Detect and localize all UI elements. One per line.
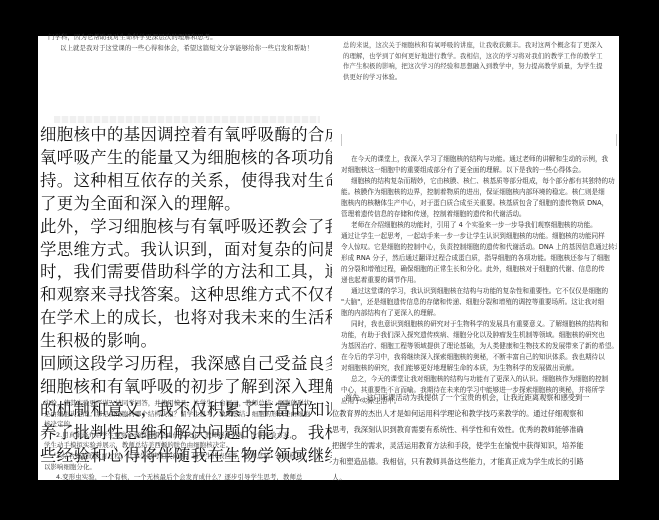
text-line: 此外，学习细胞核与有氧呼吸还教会了我一种科 [40, 216, 332, 239]
text-line: 和观察来寻找答案。这种思维方式不仅有助于我 [40, 284, 332, 307]
text-line: 人。 [332, 470, 618, 486]
text-line: 对细胞核的研究，我们能够更好地理解生命的本质，为生物科学的发展做出贡献。 [341, 363, 617, 374]
page-edge-mark [616, 134, 617, 146]
text-line: 时，我们需要借助科学的方法和工具，通过实验 [40, 261, 332, 284]
text-line: 老师在介绍细胞核的功能时，引用了 4 个实验来一步一步导我们观察细胞核的功能。 [341, 220, 617, 231]
text-line: 了更为全面和深入的理解。 [40, 193, 332, 216]
text-line: 生积极的影响。 [40, 330, 332, 353]
text-line: 思考，我深刻认识到教育需要有系统性、科学性和有效性。优秀的教师能够准确 [332, 422, 618, 438]
text-line: 令人惊叹。它是细胞的控制中心，负责控制细胞的遗传和代谢活动。DNA 上的基因信息… [341, 242, 617, 253]
text-line: 氧呼吸产生的能量又为细胞核的各项功能提供支 [40, 147, 332, 170]
text-line: 学生动手模拟实验并展示，教师总结美西螈的肤色由细胞核决定。 [44, 440, 332, 451]
text-line: 作产生积极的影响，把这次学习的经验和思想融入到教学中，努力提高教学质量，为学生提 [343, 61, 618, 72]
text-line: 对细胞核这一细胞中的重要组成部分有了更全面的理解。以下是我的一些心得体会。 [341, 165, 617, 176]
text-line: 实验，使其实验更严谨？请同学回答，并使用模具，让学生上台展示，教师总结：细胞的形… [44, 398, 332, 409]
text-line: 持。这种相互依存的关系，使得我对生命过程有 [40, 170, 332, 193]
text-line: 管理着遗传信息的存储和传递，控制着细胞的遗传和代谢活动。 [341, 209, 617, 220]
paragraph-line: 以上就是我对于这堂课的一些心得和体会，希望这篇短文分享能够给你一些启发和帮助！ [48, 43, 332, 54]
text-line: 位教育界的杰出人才是如何运用科学理论和教学技巧来教学的。通过仔细观察和 [332, 406, 618, 422]
text-line: 通过这堂课的学习，我认识到细胞核在结构与功能的复杂性和重要性。它不仅仅是细胞的 [341, 286, 617, 297]
faded-text-line [54, 116, 320, 123]
text-line: 3.结合细胞的发育过程，让学生思考相关问题，请学生代表回答，教师总结：细胞核可 [44, 451, 332, 462]
scanned-document-spread: 门学科，因为它帮助我对生命科学更深层次的理解和思考。 以上就是我对于这堂课的一些… [38, 36, 619, 480]
text-line: 细胞核中的基因调控着有氧呼吸酶的合成，而有 [40, 124, 332, 147]
text-line: 在今后的学习中，我将继续深入探索细胞核的奥秘，不断丰富自己的知识体系。我也期待以 [341, 352, 617, 363]
text-line: 学思维方式。我认识到，面对复杂的问题和现象 [40, 239, 332, 262]
right-bottom-text: 首先，这门听课活动为我提供了一个宝贵的机会，让我近距离观察和感受到一 位教育界的… [332, 390, 618, 486]
right-middle-text: 在今天的课堂上，我深入学习了细胞核的结构与功能。通过老师的讲解和生动的示例，我 … [341, 154, 617, 410]
text-line: 的理解，也学到了如何更好地进行教学。我相信，这次的学习将对我们的教学工作的教学工 [343, 51, 618, 62]
text-line: 回顾这段学习历程，我深感自己受益良多。从对 [40, 353, 332, 376]
text-line: 能。核膜作为细胞核的边界，控制着物质的进出，保证细胞核内部环境的稳定。核仁则是细 [341, 187, 617, 198]
text-line: 为基因治疗、细胞工程等领域提供了理论基础，为人类健康和生物技术的发展带来了新的希… [341, 341, 617, 352]
right-top-fragment: 总的来说，这次关于细胞核和有氧呼吸的讲座，让我收获颇丰。我对这两个概念有了更深入… [343, 40, 618, 86]
text-line: 形成 RNA 分子，然后通过翻译过程合成蛋白质，指导细胞的各项功能。细胞核还参与… [341, 253, 617, 264]
text-line: 功能，有助于我们深入探究遗传疾病、细胞分化以及肿瘤发生机制等领域。细胞核的研究也 [341, 330, 617, 341]
text-line: 同时，我也意识到细胞核的研究对于生物科学的发展具有重要意义。了解细胞核的结构和 [341, 319, 617, 330]
text-line: 递也起着重要的调节作用。 [341, 275, 617, 286]
text-line: 供更好的学习体验。 [343, 72, 618, 83]
text-line: 在学术上的成长，也将对我未来的生活和工作产 [40, 307, 332, 330]
text-line: "大脑"，还是细胞遗传信息的存储和传递、细胞分裂和增殖的调控等重要场所。这让我对… [341, 297, 617, 308]
text-line: 总的来说，这次关于细胞核和有氧呼吸的讲座，让我收获颇丰。我对这两个概念有了更深入 [343, 40, 618, 51]
text-line: 在今天的课堂上，我深入学习了细胞核的结构与功能。通过老师的讲解和生动的示例，我 [341, 154, 617, 165]
text-line: 通过让学生一起思考，一起动手来一步一步让学生认识到细胞核的功能。细胞核的功能同样 [341, 231, 617, 242]
left-top-fragment: 门学科，因为它帮助我对生命科学更深层次的理解和思考。 以上就是我对于这堂课的一些… [48, 32, 332, 56]
left-bottom-small-text: 实验，使其实验更严谨？请同学回答，并使用模具，让学生上台展示，教师总结：细胞的形… [44, 398, 332, 480]
paragraph-line: 门学科，因为它帮助我对生命科学更深层次的理解和思考。 [48, 32, 332, 43]
text-line: 4.变形虫实验，一个有核，一个无核最后个会发育成什么？逐步引导学生思考，教师总 [44, 472, 332, 480]
text-line: 的分裂和增殖过程，确保细胞的正常生长和分化。此外，细胞核对于细胞的代谢、信息的传 [341, 264, 617, 275]
text-line: 总之，今天的课堂让我对细胞核的结构与功能有了更深入的认识。细胞核作为细胞的控制 [341, 374, 617, 385]
text-line: 2.用真伞藻介绍学生观察伞藻的伞帽是由什么决定？教师逐步引导，设计实验方案， [44, 430, 332, 441]
text-line: 细胞核和有氧呼吸的初步了解到深入理解其背后 [40, 376, 332, 399]
text-line: 以影响细胞分化。 [44, 462, 332, 473]
text-line: 把握学生的需求，灵活运用教育方法和手段，使学生在愉悦中获得知识，培养能 [332, 438, 618, 454]
text-line: 胞核内的核糖体生产中心，对于蛋白质合成至关重要。核基质包含了细胞的遗传物质 DN… [341, 198, 617, 209]
text-line: 胞的内部结构有了更深入的理解。 [341, 308, 617, 319]
text-line: 首先，这门听课活动为我提供了一个宝贵的机会，让我近距离观察和感受到一 [332, 390, 618, 406]
text-line: 核决定的。 [44, 419, 332, 430]
text-line: 细胞核的结构复杂而精妙，它由核膜、核仁、核基质等部分组成，每个部分都有其独特的功 [341, 176, 617, 187]
text-line: 力和塑造品德。我相信，只有教师具备这些能力，才能真正成为学生成长的引路 [332, 454, 618, 470]
page-edge-mark [341, 134, 342, 146]
text-line: 是由细胞决定的。那是由细胞的哪个结构决定？留学生思考，教师总结：细胞的形状是由细… [44, 409, 332, 420]
